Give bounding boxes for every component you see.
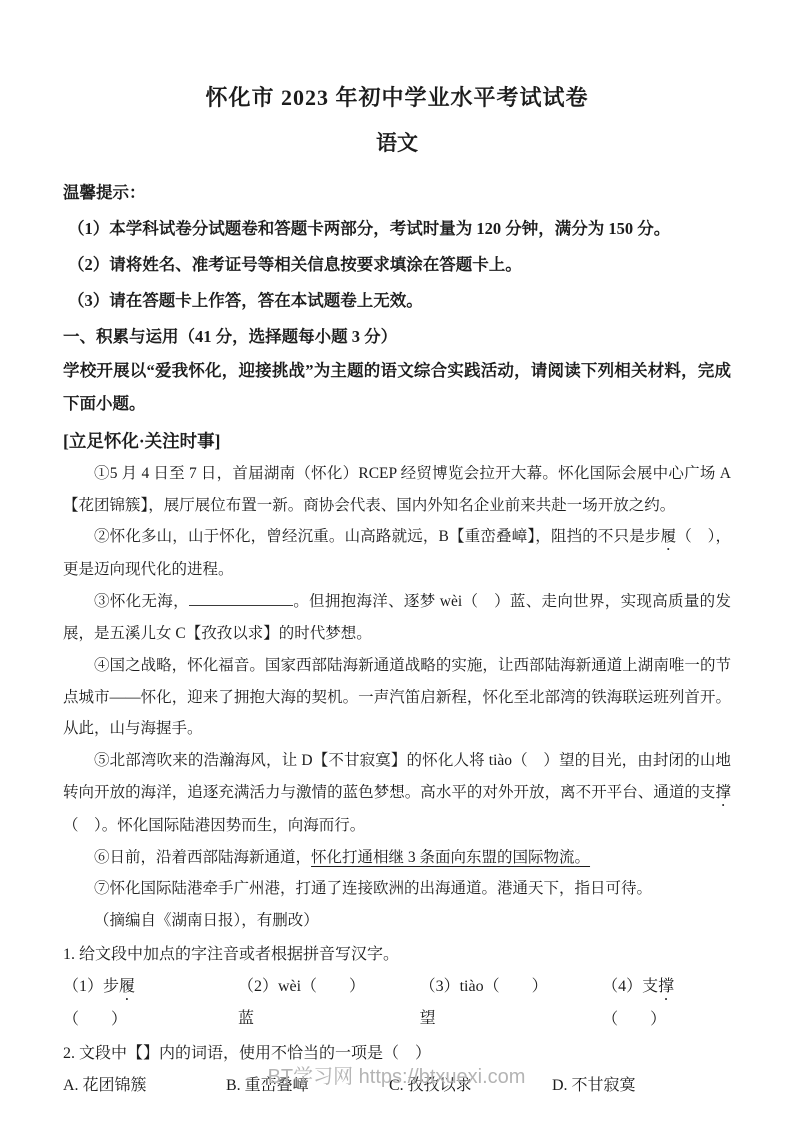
- question-1-label: 1. 给文段中加点的字注音或者根据拼音写汉字。: [63, 939, 731, 971]
- notice-item-1: （1）本学科试卷分试题卷和答题卡两部分，考试时量为 120 分钟，满分为 150…: [63, 217, 731, 240]
- exam-page: 怀化市 2023 年初中学业水平考试试卷 语文 温馨提示： （1）本学科试卷分试…: [0, 0, 793, 1122]
- q1-part-3: （3）tiào（ ）望: [420, 971, 556, 1036]
- material-paragraph-7: ⑦怀化国际陆港牵手广州港，打通了连接欧洲的出海通道。港通天下，指日可待。: [63, 873, 731, 905]
- text-segment: ⑤北部湾吹来的浩瀚海风，让 D【不甘寂寞】的怀化人将 tiào（ ）望的目光，由…: [63, 752, 731, 801]
- notice-heading: 温馨提示：: [63, 181, 731, 204]
- section-heading: 一、积累与运用（41 分，选择题每小题 3 分）: [63, 325, 731, 348]
- question-1-parts: （1）步履（ ） （2）wèi（ ）蓝 （3）tiào（ ）望 （4）支撑（ ）: [63, 971, 731, 1036]
- material-paragraph-2: ②怀化多山，山于怀化，曾经沉重。山高路就远，B【重峦叠嶂】，阻挡的不只是步履（ …: [63, 521, 731, 586]
- text-segment: （ ）。怀化国际陆港因势而生，向海而行。: [63, 817, 365, 834]
- underlined-phrase: 怀化打通相继 3 条面向东盟的国际物流。: [311, 849, 590, 866]
- text-segment: ②怀化多山，山于怀化，曾经沉重。山高路就远，B【重峦叠嶂】，阻挡的不只是步: [94, 528, 661, 545]
- text-segment: ⑥日前，沿着西部陆海新通道，: [94, 849, 311, 866]
- text-segment: （ ）: [63, 1011, 127, 1028]
- material-heading: [立足怀化·关注时事]: [63, 428, 731, 454]
- dotted-char: 履: [119, 978, 135, 995]
- text-segment: ③怀化无海，: [94, 593, 189, 610]
- footer-watermark: BT学习网 https://btxuexi.com: [0, 1060, 793, 1089]
- subject-title: 语文: [63, 130, 731, 157]
- text-segment: （4）支: [602, 978, 658, 995]
- reading-material: ①5 月 4 日至 7 日，首届湖南（怀化）RCEP 经贸博览会拉开大幕。怀化国…: [63, 458, 731, 937]
- section-intro: 学校开展以“爱我怀化，迎接挑战”为主题的语文综合实践活动，请阅读下列相关材料，完…: [63, 355, 731, 419]
- notice-item-2: （2）请将姓名、准考证号等相关信息按要求填涂在答题卡上。: [63, 253, 731, 276]
- material-paragraph-5: ⑤北部湾吹来的浩瀚海风，让 D【不甘寂寞】的怀化人将 tiào（ ）望的目光，由…: [63, 745, 731, 842]
- text-segment: （ ）: [602, 1011, 666, 1028]
- q1-part-2: （2）wèi（ ）蓝: [238, 971, 374, 1036]
- exam-content: 怀化市 2023 年初中学业水平考试试卷 语文 温馨提示： （1）本学科试卷分试…: [63, 84, 731, 1102]
- text-segment: （1）步: [63, 978, 119, 995]
- page-title: 怀化市 2023 年初中学业水平考试试卷: [63, 84, 731, 113]
- dotted-char: 履: [661, 528, 677, 545]
- material-paragraph-1: ①5 月 4 日至 7 日，首届湖南（怀化）RCEP 经贸博览会拉开大幕。怀化国…: [63, 458, 731, 522]
- material-paragraph-6: ⑥日前，沿着西部陆海新通道，怀化打通相继 3 条面向东盟的国际物流。: [63, 842, 731, 874]
- source-attribution: （摘编自《湖南日报），有删改）: [63, 905, 731, 937]
- material-paragraph-4: ④国之战略，怀化福音。国家西部陆海新通道战略的实施，让西部陆海新通道上湖南唯一的…: [63, 650, 731, 745]
- material-paragraph-3: ③怀化无海，。但拥抱海洋、逐梦 wèi（ ）蓝、走向世界，实现高质量的发展，是五…: [63, 586, 731, 650]
- notice-item-3: （3）请在答题卡上作答，答在本试题卷上无效。: [63, 289, 731, 312]
- blank-line: [189, 592, 293, 606]
- dotted-char: 撑: [715, 784, 731, 801]
- q1-part-1: （1）步履（ ）: [63, 971, 192, 1036]
- dotted-char: 撑: [658, 978, 674, 995]
- q1-part-4: （4）支撑（ ）: [602, 971, 731, 1036]
